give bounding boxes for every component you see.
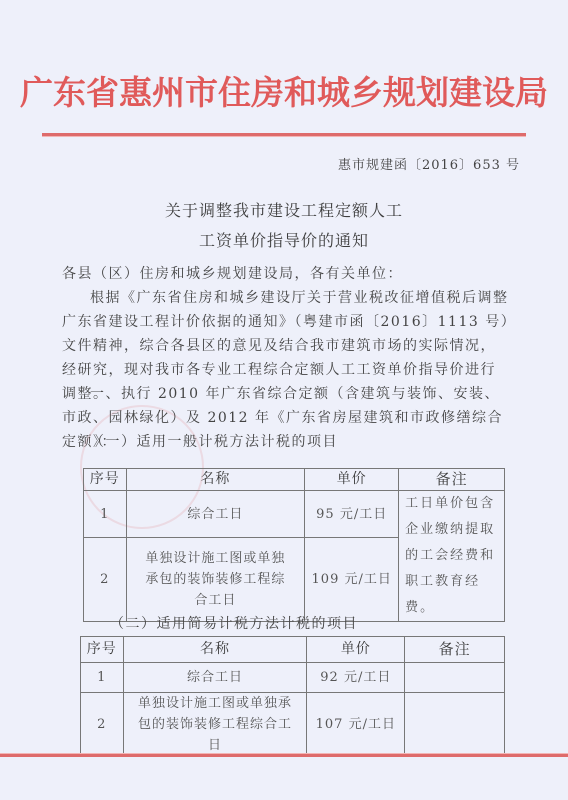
- table-simple-tax: 序号 名称 单价 备注 1 综合工日 92 元/工日 2 单独设计施工图或单独承…: [80, 636, 505, 757]
- header-note: 备注: [399, 469, 505, 491]
- cell-no: 2: [84, 538, 127, 622]
- cell-price: 92 元/工日: [307, 663, 405, 693]
- table-row: 2 单独设计施工图或单独承包的装饰装修工程综合工日 107 元/工日: [81, 693, 505, 757]
- red-divider-bottom: [0, 753, 568, 757]
- table-header-row: 序号 名称 单价 备注: [84, 469, 505, 491]
- red-divider-top: [42, 133, 526, 137]
- cell-note-merged: 工日单价包含企业缴纳提取的工会经费和职工教育经费。: [399, 491, 505, 622]
- cell-name: 综合工日: [123, 663, 307, 693]
- cell-note: [405, 663, 505, 693]
- agency-masthead: 广东省惠州市住房和城乡规划建设局: [0, 73, 568, 113]
- header-name: 名称: [126, 469, 305, 491]
- salutation: 各县（区）住房和城乡规划建设局，各有关单位：: [62, 262, 510, 286]
- section-heading-general-tax: （一）适用一般计税方法计税的项目: [90, 430, 538, 454]
- table-row: 1 综合工日 95 元/工日 工日单价包含企业缴纳提取的工会经费和职工教育经费。: [84, 491, 505, 538]
- table-header-row: 序号 名称 单价 备注: [81, 637, 505, 663]
- cell-price: 109 元/工日: [305, 538, 399, 622]
- header-no: 序号: [81, 637, 124, 663]
- cell-name: 综合工日: [126, 491, 305, 538]
- section-heading-simple-tax: （二）适用简易计税方法计税的项目: [110, 612, 558, 636]
- cell-no: 1: [81, 663, 124, 693]
- document-number: 惠市规建函〔2016〕653 号: [300, 154, 520, 173]
- cell-price: 107 元/工日: [307, 693, 405, 757]
- header-note: 备注: [405, 637, 505, 663]
- header-no: 序号: [84, 469, 127, 491]
- header-name: 名称: [123, 637, 307, 663]
- cell-no: 2: [81, 693, 124, 757]
- document-title-line1: 关于调整我市建设工程定额人工: [0, 198, 568, 221]
- table-row: 1 综合工日 92 元/工日: [81, 663, 505, 693]
- document-title-line2: 工资单价指导价的通知: [0, 228, 568, 251]
- cell-price: 95 元/工日: [305, 491, 399, 538]
- header-price: 单价: [307, 637, 405, 663]
- cell-no: 1: [84, 491, 127, 538]
- cell-note: [405, 693, 505, 757]
- cell-name: 单独设计施工图或单独承包的装饰装修工程综合工日: [123, 693, 307, 757]
- table-general-tax: 序号 名称 单价 备注 1 综合工日 95 元/工日 工日单价包含企业缴纳提取的…: [83, 468, 505, 622]
- header-price: 单价: [305, 469, 399, 491]
- cell-name: 单独设计施工图或单独承包的装饰装修工程综合工日: [126, 538, 305, 622]
